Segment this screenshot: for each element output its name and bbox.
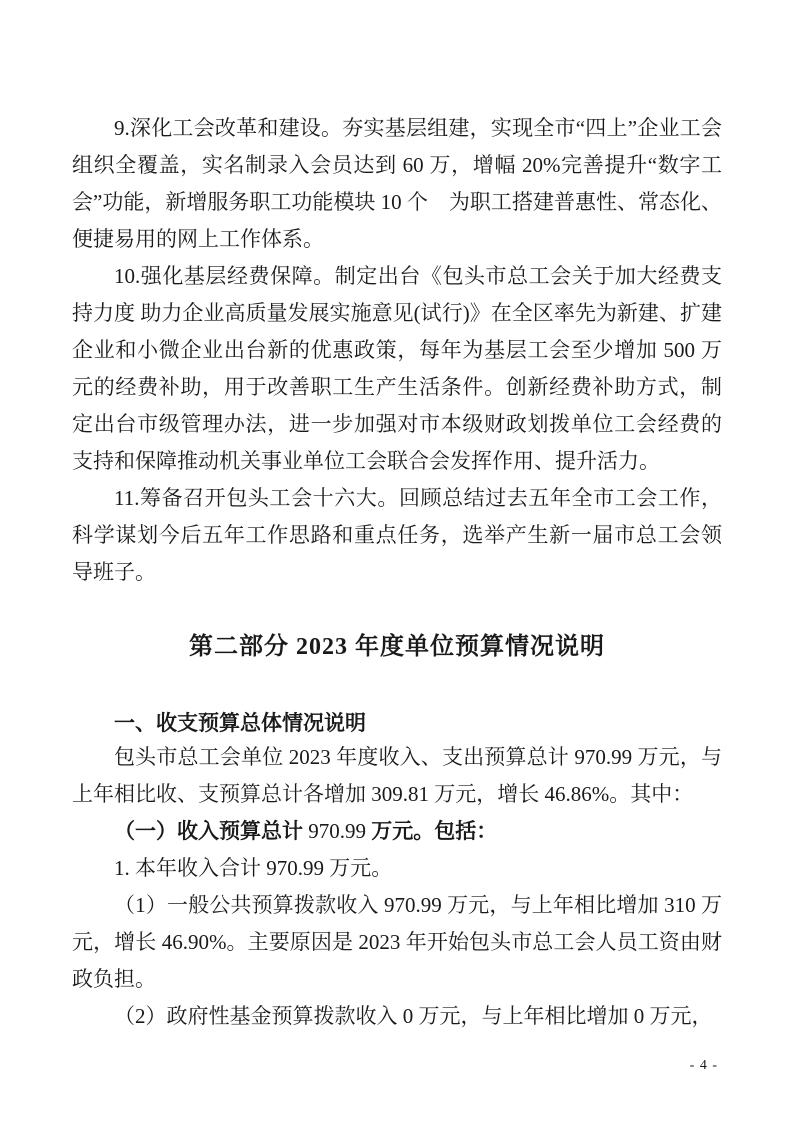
paragraph-task-10: 10.强化基层经费保障。制定出台《包头市总工会关于加大经费支持力度 助力企业高质…: [72, 258, 722, 480]
part2-heading: 第二部分 2023 年度单位预算情况说明: [72, 627, 722, 667]
document-content: 9.深化工会改革和建设。夯实基层组建，实现全市“四上”企业工会组织全覆盖，实名制…: [72, 110, 722, 1035]
income-total-line: （一）收入预算总计 970.99 万元。包括：: [72, 813, 722, 850]
income-item-1: 1. 本年收入合计 970.99 万元。: [72, 850, 722, 887]
income-item-1-2: （2）政府性基金预算拨款收入 0 万元，与上年相比增加 0 万元，: [72, 998, 722, 1035]
income-total-suffix: 万元。包括：: [366, 819, 497, 843]
section1-title: 一、收支预算总体情况说明: [72, 709, 722, 739]
income-item-1-1: （1）一般公共预算拨款收入 970.99 万元，与上年相比增加 310 万元，增…: [72, 887, 722, 998]
paragraph-task-11: 11.筹备召开包头工会十六大。回顾总结过去五年全市工会工作，科学谋划今后五年工作…: [72, 480, 722, 591]
page-number: - 4 -: [690, 1058, 718, 1074]
overview-paragraph: 包头市总工会单位 2023 年度收入、支出预算总计 970.99 万元，与上年相…: [72, 739, 722, 813]
document-page: 9.深化工会改革和建设。夯实基层组建，实现全市“四上”企业工会组织全覆盖，实名制…: [0, 0, 794, 1123]
income-total-prefix: （一）收入预算总计: [114, 819, 308, 843]
income-total-value: 970.99: [308, 819, 366, 843]
paragraph-task-9: 9.深化工会改革和建设。夯实基层组建，实现全市“四上”企业工会组织全覆盖，实名制…: [72, 110, 722, 258]
